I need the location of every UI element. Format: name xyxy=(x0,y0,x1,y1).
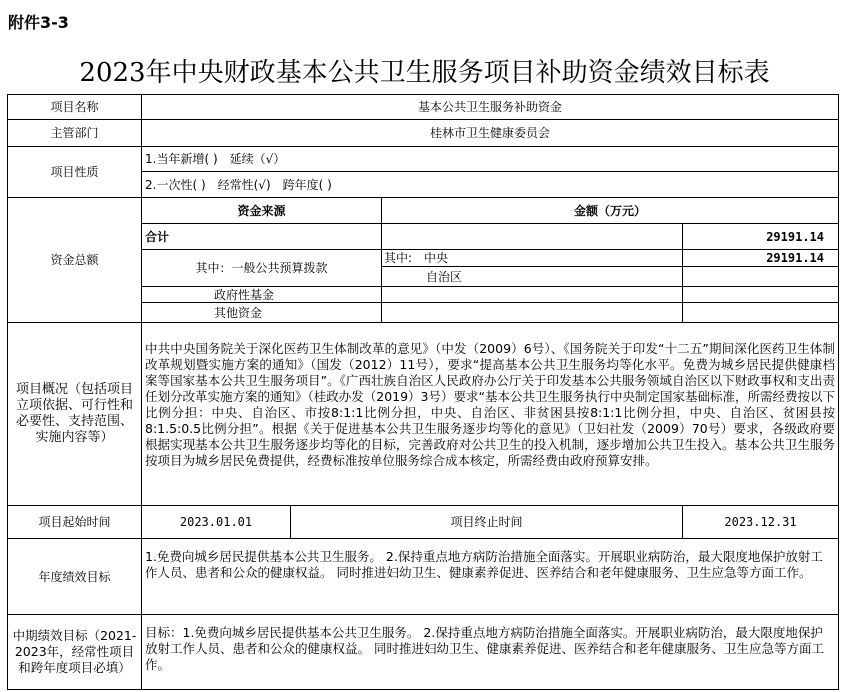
funding-total-label: 资金总额 xyxy=(7,197,142,323)
project-nature-line1: 1.当年新增( ) 延续（√） xyxy=(141,146,839,172)
start-date-value: 2023.01.01 xyxy=(141,505,291,539)
funding-amount-header: 金额（万元） xyxy=(381,197,839,224)
attachment-label: 附件3-3 xyxy=(8,10,69,33)
midterm-goal-text: 目标：1.免费向城乡居民提供基本公共卫生服务。 2.保持重点地方病防治措施全面落… xyxy=(142,615,838,673)
other-fund-label: 其他资金 xyxy=(141,302,382,323)
project-nature-label: 项目性质 xyxy=(7,146,142,198)
annual-goal-label: 年度绩效目标 xyxy=(7,538,142,615)
gov-fund-blank xyxy=(381,286,683,303)
overview-label: 项目概况（包括项目立项依据、可行性和必要性、支持范围、实施内容等） xyxy=(7,322,142,506)
funding-total-blank xyxy=(381,223,683,250)
project-nature-line2: 2.一次性( ) 经常性(√) 跨年度( ) xyxy=(141,171,839,198)
project-name-value: 基本公共卫生服务补助资金 xyxy=(141,94,839,120)
document-title: 2023年中央财政基本公共卫生服务项目补助资金绩效目标表 xyxy=(0,52,849,89)
start-date-label: 项目起始时间 xyxy=(7,505,142,539)
other-fund-value xyxy=(682,302,839,323)
gov-fund-label: 政府性基金 xyxy=(141,286,382,303)
region-value xyxy=(682,266,839,287)
department-label: 主管部门 xyxy=(7,119,142,147)
funding-source-header: 资金来源 xyxy=(141,197,382,224)
central-value: 29191.14 xyxy=(682,249,839,267)
other-fund-blank xyxy=(381,302,683,323)
funding-total-value: 29191.14 xyxy=(682,223,839,250)
midterm-goal-label: 中期绩效目标（2021-2023年，经常性项目和跨年度项目必填） xyxy=(7,614,142,690)
overview-cell: 中共中央国务院关于深化医药卫生体制改革的意见》（中发（2009）6号）、《国务院… xyxy=(141,322,839,506)
region-label: 自治区 xyxy=(381,266,683,287)
annual-goal-cell: 1.免费向城乡居民提供基本公共卫生服务。 2.保持重点地方病防治措施全面落实。开… xyxy=(141,538,839,615)
department-value: 桂林市卫生健康委员会 xyxy=(141,119,839,147)
project-name-label: 项目名称 xyxy=(7,94,142,120)
end-date-value: 2023.12.31 xyxy=(682,505,839,539)
end-date-label: 项目终止时间 xyxy=(290,505,683,539)
general-budget-label: 其中：一般公共预算拨款 xyxy=(141,249,382,287)
gov-fund-value xyxy=(682,286,839,303)
central-label: 其中: 中央 xyxy=(381,249,683,267)
annual-goal-text: 1.免费向城乡居民提供基本公共卫生服务。 2.保持重点地方病防治措施全面落实。开… xyxy=(142,539,838,581)
funding-total-row-label: 合计 xyxy=(141,223,382,250)
overview-text: 中共中央国务院关于深化医药卫生体制改革的意见》（中发（2009）6号）、《国务院… xyxy=(142,323,838,469)
midterm-goal-cell: 目标：1.免费向城乡居民提供基本公共卫生服务。 2.保持重点地方病防治措施全面落… xyxy=(141,614,839,690)
